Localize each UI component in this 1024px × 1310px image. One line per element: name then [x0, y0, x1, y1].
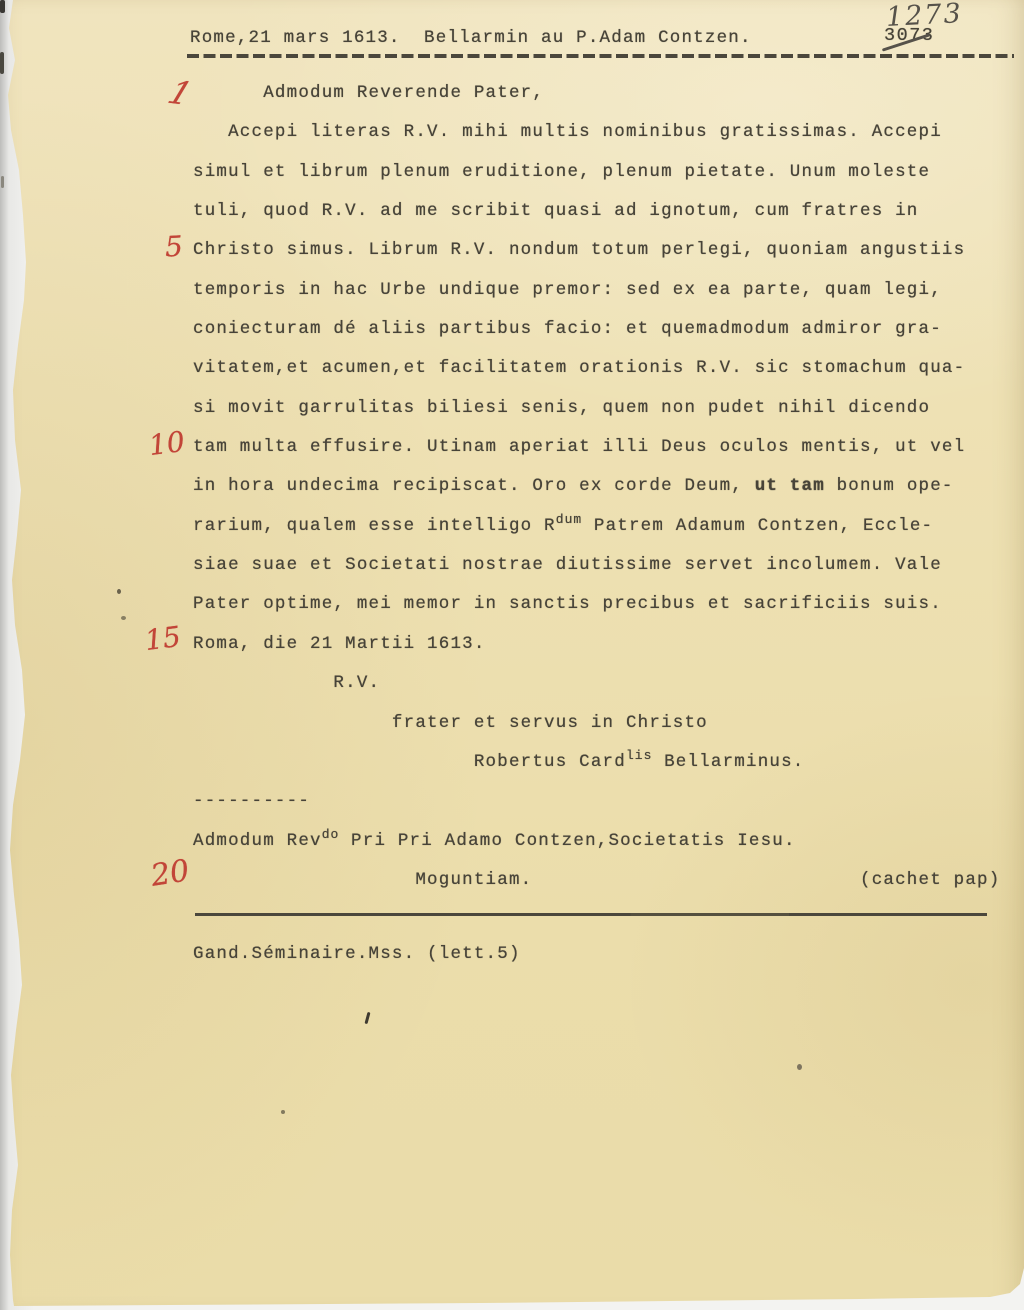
- letter-body: Admodum Reverende Pater, Accepi literas …: [193, 74, 1000, 900]
- paper-speck: [797, 1064, 802, 1070]
- letter-line: Admodum Revdo Pri Pri Adamo Contzen,Soci…: [193, 822, 1000, 861]
- scan-edge-fleck: [1, 176, 4, 188]
- paper-speck: [364, 1012, 370, 1024]
- letter-line: Christo simus. Librum R.V. nondum totum …: [193, 231, 1000, 270]
- letter-line: temporis in hac Urbe undique premor: sed…: [193, 271, 1000, 310]
- letter-line: simul et librum plenum eruditione, plenu…: [193, 153, 1000, 192]
- letter-line: in hora undecima recipiscat. Oro ex cord…: [193, 467, 1000, 506]
- letter-line: coniecturam dé aliis partibus facio: et …: [193, 310, 1000, 349]
- paper-speck: [117, 589, 121, 594]
- letter-line: vitatem,et acumen,et facilitatem oration…: [193, 349, 1000, 388]
- letter-line: Roma, die 21 Martii 1613.: [193, 625, 1000, 664]
- document-page: Rome,21 mars 1613. Bellarmin au P.Adam C…: [0, 0, 1024, 1310]
- paper-speck: [281, 1110, 285, 1114]
- margin-line-number-20: 20: [148, 853, 191, 894]
- letter-line: frater et servus in Christo: [193, 704, 1000, 743]
- letter-line: siae suae et Societati nostrae diutissim…: [193, 546, 1000, 585]
- letter-line: rarium, qualem esse intelligo Rdum Patre…: [193, 507, 1000, 546]
- letter-line: Moguntiam. (cachet pap): [193, 861, 1000, 900]
- letter-line: tam multa effusire. Utinam aperiat illi …: [193, 428, 1000, 467]
- scanner-background: Rome,21 mars 1613. Bellarmin au P.Adam C…: [0, 0, 1024, 1310]
- archive-source-reference: Gand.Séminaire.Mss. (lett.5): [193, 944, 521, 964]
- letter-line: tuli, quod R.V. ad me scribit quasi ad i…: [193, 192, 1000, 231]
- letter-line: Admodum Reverende Pater,: [193, 74, 1000, 113]
- scan-edge-fleck: [0, 52, 4, 74]
- margin-line-number-15: 15: [143, 620, 182, 657]
- scan-edge-fleck: [0, 0, 5, 13]
- letter-line: Robertus Cardlis Bellarminus.: [193, 743, 1000, 782]
- letter-line: Accepi literas R.V. mihi multis nominibu…: [193, 113, 1000, 152]
- margin-line-number-10: 10: [147, 425, 186, 462]
- letter-line: ----------: [193, 782, 1000, 821]
- paper-speck: [121, 616, 126, 620]
- margin-line-number-5: 5: [164, 230, 184, 264]
- header-dateline: Rome,21 mars 1613. Bellarmin au P.Adam C…: [190, 28, 752, 48]
- address-separator-rule: [195, 913, 987, 916]
- letter-line: R.V.: [193, 664, 1000, 703]
- letter-line: Pater optime, mei memor in sanctis preci…: [193, 585, 1000, 624]
- letter-line: si movit garrulitas biliesi senis, quem …: [193, 389, 1000, 428]
- header-dashed-underline: [187, 54, 1014, 58]
